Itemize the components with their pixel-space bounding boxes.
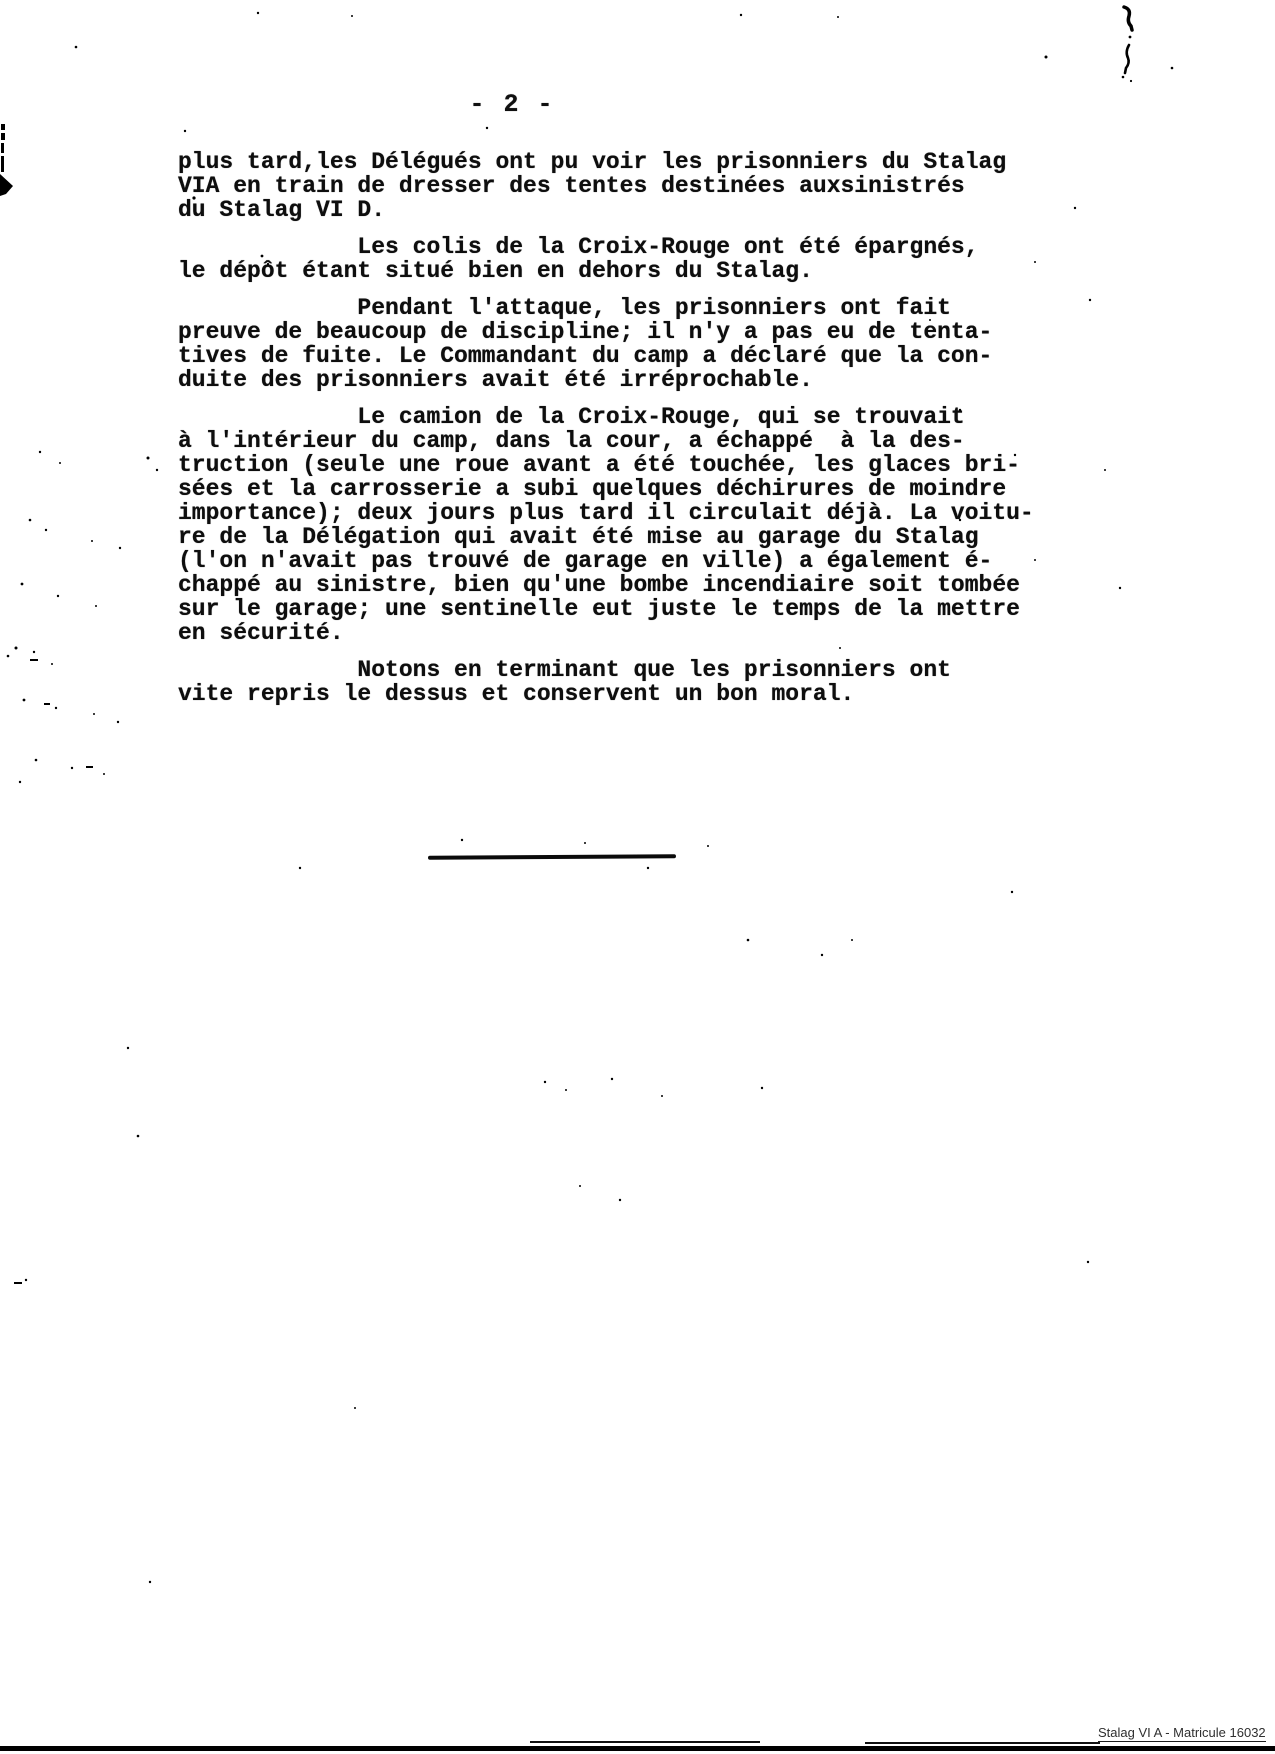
bottom-border-line <box>0 1746 1275 1751</box>
text-line: VIA en train de dresser des tentes desti… <box>178 174 1078 198</box>
text-line: re de la Délégation qui avait été mise a… <box>178 525 1078 549</box>
text-line: truction (seule une roue avant a été tou… <box>178 453 1078 477</box>
paragraph: plus tard,les Délégués ont pu voir les p… <box>178 150 1078 222</box>
text-line: plus tard,les Délégués ont pu voir les p… <box>178 150 1078 174</box>
document-page: - 2 - plus tard,les Délégués ont pu voir… <box>0 0 1275 1754</box>
text-line: importance); deux jours plus tard il cir… <box>178 501 1078 525</box>
text-line: du Stalag VI D. <box>178 198 1078 222</box>
archive-reference: Stalag VI A - Matricule 16032 <box>1098 1725 1266 1742</box>
text-line: Notons en terminant que les prisonniers … <box>178 658 1078 682</box>
text-line: le dépôt étant situé bien en dehors du S… <box>178 259 1078 283</box>
text-line: tives de fuite. Le Commandant du camp a … <box>178 344 1078 368</box>
text-line: chappé au sinistre, bien qu'une bombe in… <box>178 573 1078 597</box>
text-line: sur le garage; une sentinelle eut juste … <box>178 597 1078 621</box>
bottom-rule-segment <box>530 1741 760 1743</box>
text-line: preuve de beaucoup de discipline; il n'y… <box>178 320 1078 344</box>
document-body: plus tard,les Délégués ont pu voir les p… <box>178 150 1078 719</box>
text-line: en sécurité. <box>178 621 1078 645</box>
ink-squiggle-mark <box>1112 4 1146 84</box>
paragraph: Les colis de la Croix-Rouge ont été épar… <box>178 235 1078 283</box>
text-line: (l'on n'avait pas trouvé de garage en vi… <box>178 549 1078 573</box>
text-line: Les colis de la Croix-Rouge ont été épar… <box>178 235 1078 259</box>
text-line: Le camion de la Croix-Rouge, qui se trou… <box>178 405 1078 429</box>
section-divider-line <box>428 854 676 860</box>
text-line: Pendant l'attaque, les prisonniers ont f… <box>178 296 1078 320</box>
paragraph: Notons en terminant que les prisonniers … <box>178 658 1078 706</box>
text-line: à l'intérieur du camp, dans la cour, a é… <box>178 429 1078 453</box>
paragraph: Le camion de la Croix-Rouge, qui se trou… <box>178 405 1078 645</box>
page-number: - 2 - <box>0 90 1024 119</box>
text-line: sées et la carrosserie a subi quelques d… <box>178 477 1078 501</box>
left-margin-mark <box>0 124 18 200</box>
text-line: vite repris le dessus et conservent un b… <box>178 682 1078 706</box>
bottom-rule-segment <box>1008 1742 1100 1744</box>
text-line: duite des prisonniers avait été irréproc… <box>178 368 1078 392</box>
paragraph: Pendant l'attaque, les prisonniers ont f… <box>178 296 1078 392</box>
